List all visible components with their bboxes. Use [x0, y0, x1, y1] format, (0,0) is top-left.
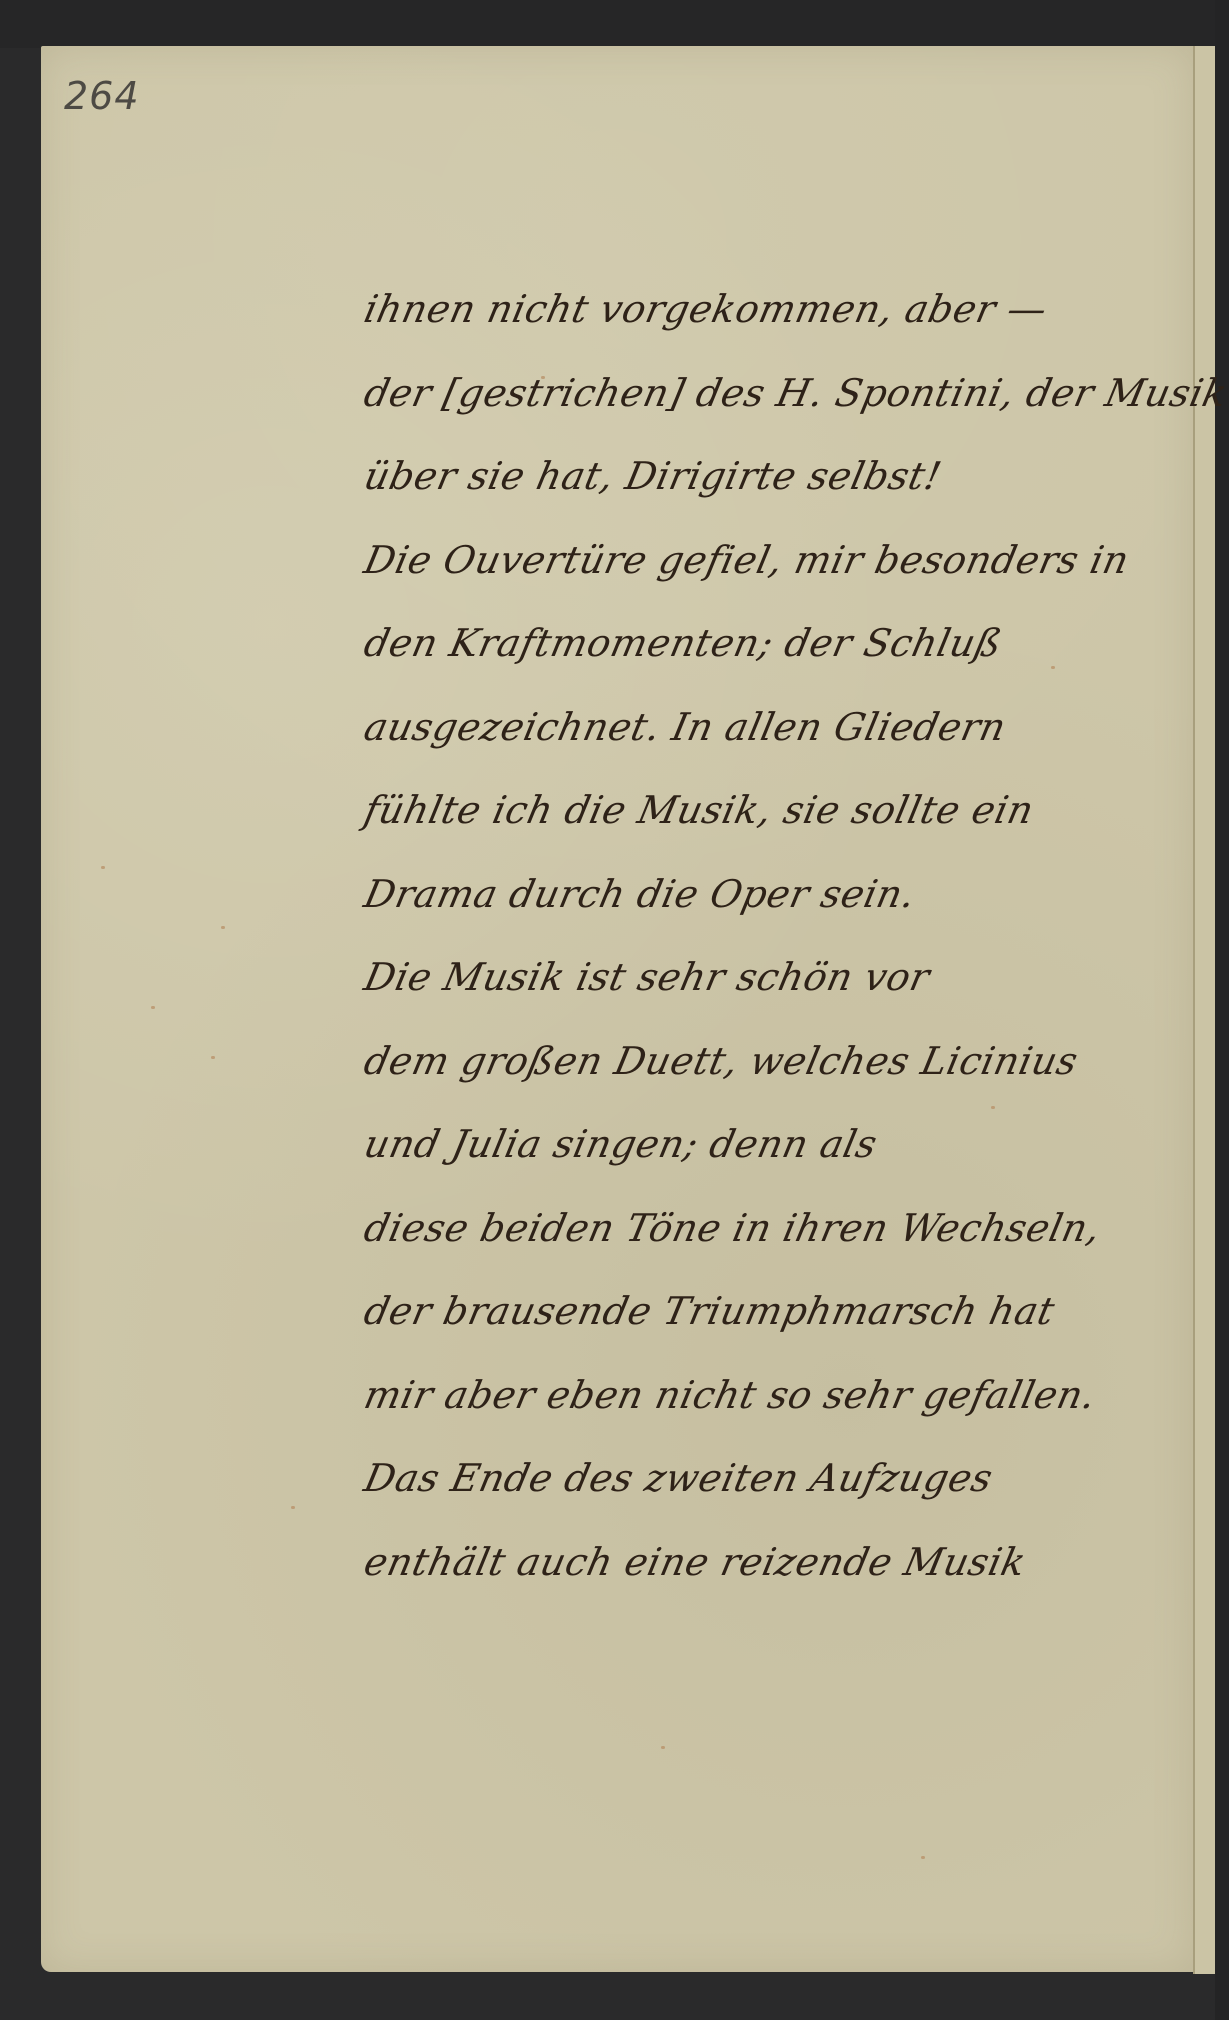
handwritten-line: Die Musik ist sehr schön vor: [357, 938, 1134, 1016]
handwritten-line: ausgezeichnet. In allen Gliedern: [357, 688, 1134, 766]
paper-speck: [151, 1006, 155, 1009]
next-sheet-edge: [1193, 46, 1217, 1974]
handwritten-line: diese beiden Töne in ihren Wechseln,: [357, 1189, 1134, 1267]
paper-speck: [101, 866, 105, 869]
handwritten-line: dem großen Duett, welches Licinius: [357, 1022, 1134, 1100]
paper-speck: [921, 1856, 925, 1859]
paper-speck: [661, 1746, 665, 1749]
handwritten-line: Drama durch die Oper sein.: [357, 855, 1134, 933]
paper-speck: [221, 926, 225, 929]
handwritten-line: über sie hat, Dirigirte selbst!: [357, 437, 1134, 515]
handwritten-line: enthält auch eine reizende Musik: [357, 1523, 1134, 1601]
handwritten-line: ihnen nicht vorgekommen, aber —: [357, 270, 1134, 348]
handwritten-text-block: ihnen nicht vorgekommen, aber — der [ges…: [365, 270, 1125, 1606]
page-number: 264: [64, 74, 140, 118]
binding-edge: [1215, 0, 1229, 2020]
handwritten-line: und Julia singen; denn als: [357, 1105, 1134, 1183]
handwritten-line: Das Ende des zweiten Aufzuges: [357, 1439, 1134, 1517]
scanner-background: [0, 0, 1229, 48]
paper-speck: [291, 1506, 295, 1509]
handwritten-line: der brausende Triumphmarsch hat: [357, 1272, 1134, 1350]
handwritten-line: den Kraftmomenten; der Schluß: [357, 604, 1134, 682]
handwritten-line: mir aber eben nicht so sehr gefallen.: [357, 1356, 1134, 1434]
handwritten-line: fühlte ich die Musik, sie sollte ein: [357, 771, 1134, 849]
handwritten-line: Die Ouvertüre gefiel, mir besonders in: [357, 521, 1134, 599]
handwritten-line: der [gestrichen] des H. Spontini, der Mu…: [357, 354, 1134, 432]
paper-speck: [211, 1056, 215, 1059]
